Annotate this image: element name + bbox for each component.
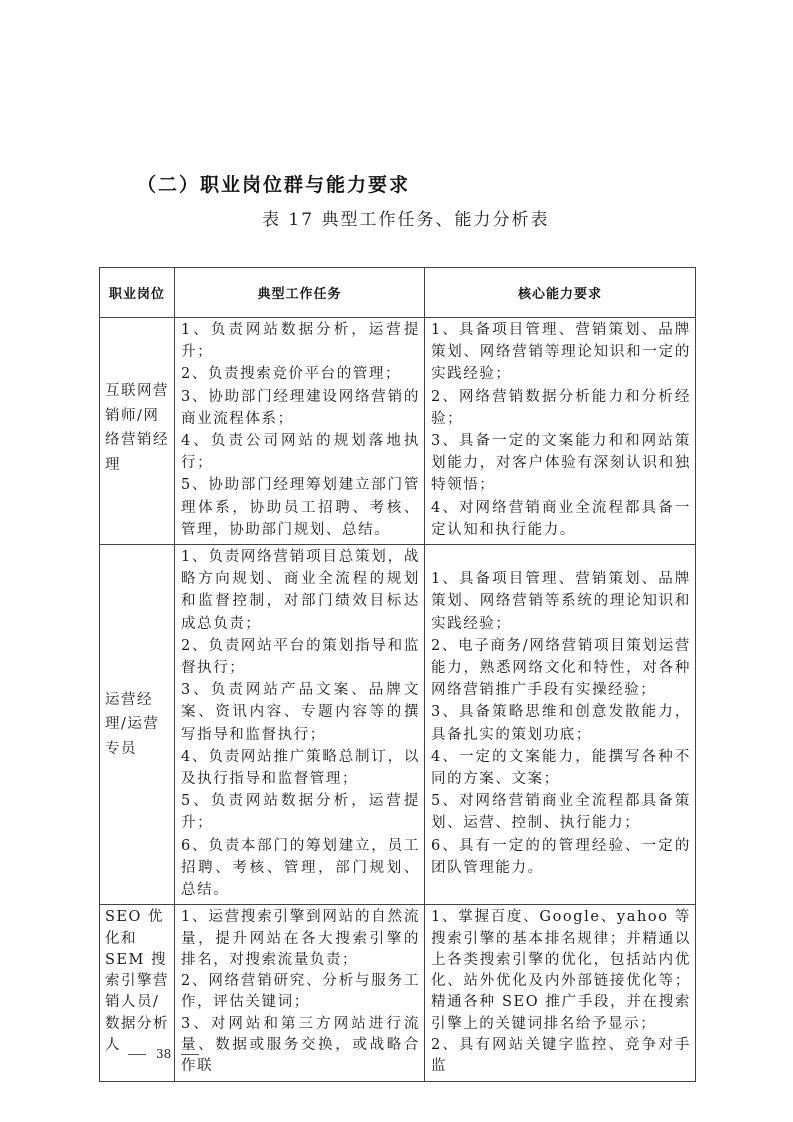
task-item: 3、负责网站产品文案、品牌文案、资讯内容、专题内容等的撰写指导和监督执行； bbox=[181, 679, 420, 746]
task-item: 2、网络营销研究、分析与服务工作，评估关键词； bbox=[181, 971, 420, 1014]
ability-item: 1、具备项目管理、营销策划、品牌策划、网络营销等系统的理论知识和实践经验； bbox=[431, 568, 691, 635]
ability-item: 2、网络营销数据分析能力和分析经验； bbox=[431, 386, 691, 430]
ability-item: 1、具备项目管理、营销策划、品牌策划、网络营销等理论知识和一定的实践经验； bbox=[431, 319, 691, 386]
ability-item: 4、一定的文案能力，能撰写各种不同的方案、文案； bbox=[431, 746, 691, 790]
header-tasks: 典型工作任务 bbox=[175, 268, 425, 318]
abilities-cell: 1、具备项目管理、营销策划、品牌策划、网络营销等理论知识和一定的实践经验； 2、… bbox=[425, 318, 696, 545]
dash-right bbox=[181, 1054, 199, 1055]
task-item: 1、运营搜索引擎到网站的自然流量，提升网站在各大搜索引擎的排名，对搜索流量负责； bbox=[181, 907, 420, 971]
abilities-cell: 1、具备项目管理、营销策划、品牌策划、网络营销等系统的理论知识和实践经验； 2、… bbox=[425, 545, 696, 905]
dash-left bbox=[128, 1054, 146, 1055]
tasks-cell: 1、运营搜索引擎到网站的自然流量，提升网站在各大搜索引擎的排名，对搜索流量负责；… bbox=[175, 905, 425, 1081]
task-item: 2、负责网站平台的策划指导和监督执行； bbox=[181, 635, 420, 679]
task-item: 6、负责本部门的筹划建立，员工招聘、考核、管理，部门规划、总结。 bbox=[181, 835, 420, 902]
task-item: 5、协助部门经理筹划建立部门管理体系，协助员工招聘、考核、管理，协助部门规划、总… bbox=[181, 474, 420, 541]
ability-item: 4、对网络营销商业全流程都具备一定认知和执行能力。 bbox=[431, 497, 691, 541]
section-heading: （二）职业岗位群与能力要求 bbox=[137, 170, 410, 197]
task-item: 3、协助部门经理建设网络营销的商业流程体系； bbox=[181, 386, 420, 430]
task-item: 1、负责网站数据分析，运营提升； bbox=[181, 319, 420, 363]
task-item: 1、负责网络营销项目总策划，战略方向规划、商业全流程的规划和监督控制，对部门绩效… bbox=[181, 546, 420, 635]
abilities-cell: 1、掌握百度、Google、yahoo 等搜索引擎的基本排名规律；并精通以上各类… bbox=[425, 905, 696, 1081]
ability-item: 3、具备一定的文案能力和和网站策划能力，对客户体验有深刻认识和独特领悟； bbox=[431, 430, 691, 497]
ability-item: 3、具备策略思维和创意发散能力，具备扎实的策划功底； bbox=[431, 701, 691, 745]
ability-item: 6、具有一定的的管理经验、一定的团队管理能力。 bbox=[431, 835, 691, 879]
task-item: 3、对网站和第三方网站进行流量、数据或服务交换，或战略合作联 bbox=[181, 1014, 420, 1078]
ability-item: 5、对网络营销商业全流程都具备策划、运营、控制、执行能力； bbox=[431, 790, 691, 834]
position-cell: 运营经理/运营专员 bbox=[100, 545, 175, 905]
task-item: 5、负责网站数据分析，运营提升； bbox=[181, 790, 420, 834]
header-abilities: 核心能力要求 bbox=[425, 268, 696, 318]
tasks-cell: 1、负责网络营销项目总策划，战略方向规划、商业全流程的规划和监督控制，对部门绩效… bbox=[175, 545, 425, 905]
table-row: 运营经理/运营专员 1、负责网络营销项目总策划，战略方向规划、商业全流程的规划和… bbox=[100, 545, 696, 905]
page-footer: 38 bbox=[128, 1047, 199, 1061]
task-item: 4、负责网站推广策略总制订，以及执行指导和监督管理； bbox=[181, 746, 420, 790]
task-ability-table: 职业岗位 典型工作任务 核心能力要求 互联网营销师/网络营销经理 1、负责网站数… bbox=[99, 267, 696, 1082]
ability-item: 2、具有网站关键字监控、竞争对手监 bbox=[431, 1035, 691, 1078]
ability-item: 2、电子商务/网络营销项目策划运营能力，熟悉网络文化和特性，对各种网络营销推广手… bbox=[431, 635, 691, 702]
page-number: 38 bbox=[156, 1047, 171, 1061]
table-caption: 表 17 典型工作任务、能力分析表 bbox=[262, 205, 549, 230]
table-row: 互联网营销师/网络营销经理 1、负责网站数据分析，运营提升； 2、负责搜索竞价平… bbox=[100, 318, 696, 545]
task-item: 4、负责公司网站的规划落地执行； bbox=[181, 430, 420, 474]
ability-item: 1、掌握百度、Google、yahoo 等搜索引擎的基本排名规律；并精通以上各类… bbox=[431, 907, 691, 1035]
tasks-cell: 1、负责网站数据分析，运营提升； 2、负责搜索竞价平台的管理； 3、协助部门经理… bbox=[175, 318, 425, 545]
position-cell: 互联网营销师/网络营销经理 bbox=[100, 318, 175, 545]
header-position: 职业岗位 bbox=[100, 268, 175, 318]
task-item: 2、负责搜索竞价平台的管理； bbox=[181, 363, 420, 385]
table-header-row: 职业岗位 典型工作任务 核心能力要求 bbox=[100, 268, 696, 318]
